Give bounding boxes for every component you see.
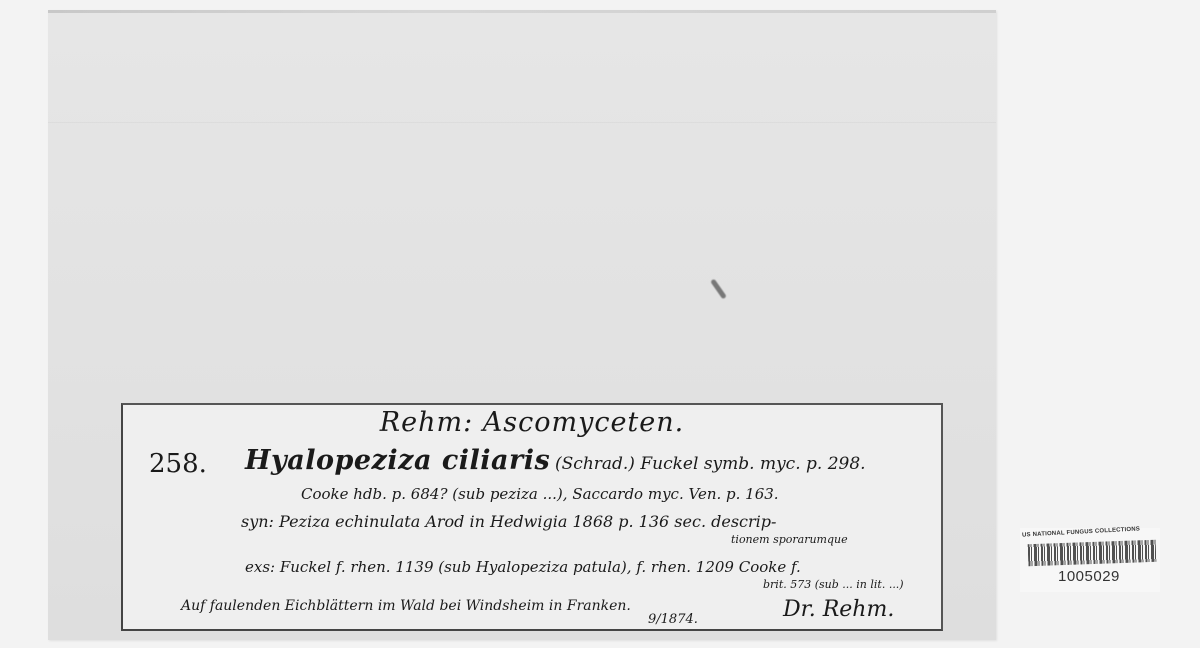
barcode-header: US NATIONAL FUNGUS COLLECTIONS (1022, 525, 1160, 538)
exsiccatae-line-continuation: brit. 573 (sub ... in lit. ...) (763, 578, 904, 591)
collection-date: 9/1874. (648, 612, 698, 627)
reference-line: Cooke hdb. p. 684? (sub peziza ...), Sac… (301, 485, 779, 503)
barcode-number: 1005029 (1058, 568, 1120, 585)
species-name: Hyalopeziza ciliaris (245, 445, 550, 476)
barcode-label: US NATIONAL FUNGUS COLLECTIONS 1005029 (1020, 528, 1160, 592)
species-line: Hyalopeziza ciliaris (Schrad.) Fuckel sy… (245, 445, 866, 476)
specimen-fragment (710, 279, 727, 300)
locality-line: Auf faulenden Eichblättern im Wald bei W… (181, 598, 631, 614)
envelope-top-edge (48, 10, 996, 13)
species-authority: (Schrad.) Fuckel symb. myc. p. 298. (555, 454, 866, 474)
herbarium-label: Rehm: Ascomyceten. 258. Hyalopeziza cili… (121, 403, 943, 631)
envelope-flap-line (48, 122, 996, 123)
exsiccatae-line: exs: Fuckel f. rhen. 1139 (sub Hyalopezi… (245, 558, 801, 576)
synonym-line-continuation: tionem sporarumque (731, 533, 848, 546)
label-title: Rehm: Ascomyceten. (123, 407, 941, 438)
collector-name: Dr. Rehm. (783, 597, 894, 622)
exsiccata-number: 258. (149, 449, 207, 479)
synonym-line: syn: Peziza echinulata Arod in Hedwigia … (241, 512, 776, 531)
barcode-icon (1028, 540, 1157, 566)
